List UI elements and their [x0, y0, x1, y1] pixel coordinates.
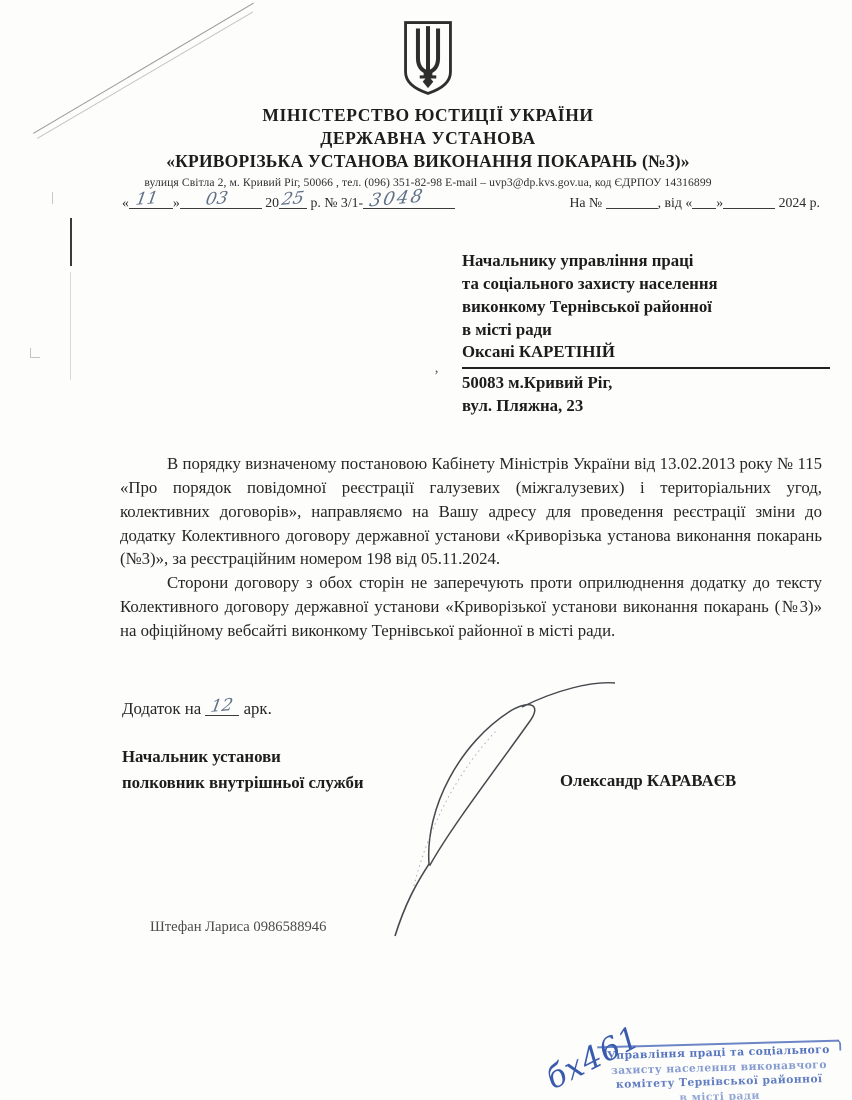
outgoing-ref: «11»03 2025 р. № 3/1-3048 [122, 194, 455, 211]
scan-vertical-mark-faint [70, 272, 71, 380]
body-paragraph-2: Сторони договору з обох сторін не запере… [120, 571, 822, 643]
recipient-line: виконкому Тернівської районної [462, 296, 830, 319]
incoming-year-label: 2024 р. [779, 195, 820, 210]
handwritten-signature-stroke-icon [372, 658, 634, 950]
ministry-title: МІНІСТЕРСТВО ЮСТИЦІЇ УКРАЇНИ [28, 105, 828, 126]
reference-row: «11»03 2025 р. № 3/1-3048 На № , від «» … [28, 194, 828, 211]
handwritten-ref-number: 3048 [368, 186, 426, 212]
incoming-registration-stamp: Управління праці та соціального захисту … [597, 1040, 841, 1100]
ref-number-blank: 3048 [363, 194, 455, 209]
institution-title: «КРИВОРІЗЬКА УСТАНОВА ВИКОНАННЯ ПОКАРАНЬ… [28, 151, 828, 172]
scanned-letter-page: ’ МІНІСТЕРСТВО ЮСТИЦІЇ УКРАЇНИ ДЕРЖАВНА … [0, 0, 852, 1100]
day-blank: 11 [129, 194, 173, 209]
recipient-underline [462, 367, 830, 369]
handwritten-year: 25 [280, 188, 305, 210]
incoming-month-blank [723, 194, 775, 209]
signer-position-line1: Начальник установи [122, 744, 364, 770]
attachment-count-blank: 12 [205, 701, 239, 716]
incoming-number-blank [606, 194, 658, 209]
open-quote: « [122, 195, 129, 210]
incoming-day-blank [692, 194, 716, 209]
institution-address-line: вулиця Світла 2, м. Кривий Ріг, 50066 , … [28, 176, 828, 189]
body-paragraph-1: В порядку визначеному постановою Кабінет… [120, 452, 822, 571]
handwritten-day: 11 [134, 188, 159, 210]
close-quote: » [173, 195, 180, 210]
scan-vertical-mark [70, 218, 72, 266]
incoming-close-quote: » [716, 195, 723, 210]
recipient-line: в місті ради [462, 319, 830, 342]
letter-body: В порядку визначеному постановою Кабінет… [120, 452, 822, 643]
attachment-prefix: Додаток на [122, 699, 201, 718]
attachment-suffix: арк. [244, 699, 272, 718]
recipient-line: Начальнику управління праці [462, 250, 830, 273]
recipient-address-line: 50083 м.Кривий Ріг, [462, 372, 830, 395]
incoming-ref: На № , від «» 2024 р. [569, 194, 820, 211]
executor-contact-line: Штефан Лариса 0986588946 [150, 919, 326, 936]
recipient-line: та соціального захисту населення [462, 273, 830, 296]
attachment-line: Додаток на 12 арк. [122, 699, 272, 719]
scan-corner-mark [30, 348, 40, 358]
ref-number-label: р. № 3/1- [311, 195, 364, 210]
ukraine-trident-emblem-icon [402, 20, 454, 96]
scan-stray-mark: ’ [434, 368, 439, 385]
year-blank: 25 [279, 194, 307, 209]
incoming-ref-label: На № [569, 195, 602, 210]
month-blank: 03 [180, 194, 262, 209]
recipient-address-line: вул. Пляжна, 23 [462, 395, 830, 418]
incoming-date-label: , від « [658, 195, 693, 210]
handwritten-attachment-count: 12 [210, 695, 235, 717]
signer-position-block: Начальник установи полковник внутрішньої… [122, 744, 364, 796]
org-type-title: ДЕРЖАВНА УСТАНОВА [28, 128, 828, 149]
recipient-name: Оксані КАРЕТІНІЙ [462, 341, 830, 364]
signer-position-line2: полковник внутрішньої служби [122, 770, 364, 796]
handwritten-month: 03 [204, 188, 229, 210]
year-prefix: 20 [265, 195, 279, 210]
recipient-block: Начальнику управління праці та соціально… [462, 250, 830, 418]
letterhead: МІНІСТЕРСТВО ЮСТИЦІЇ УКРАЇНИ ДЕРЖАВНА УС… [28, 20, 828, 211]
